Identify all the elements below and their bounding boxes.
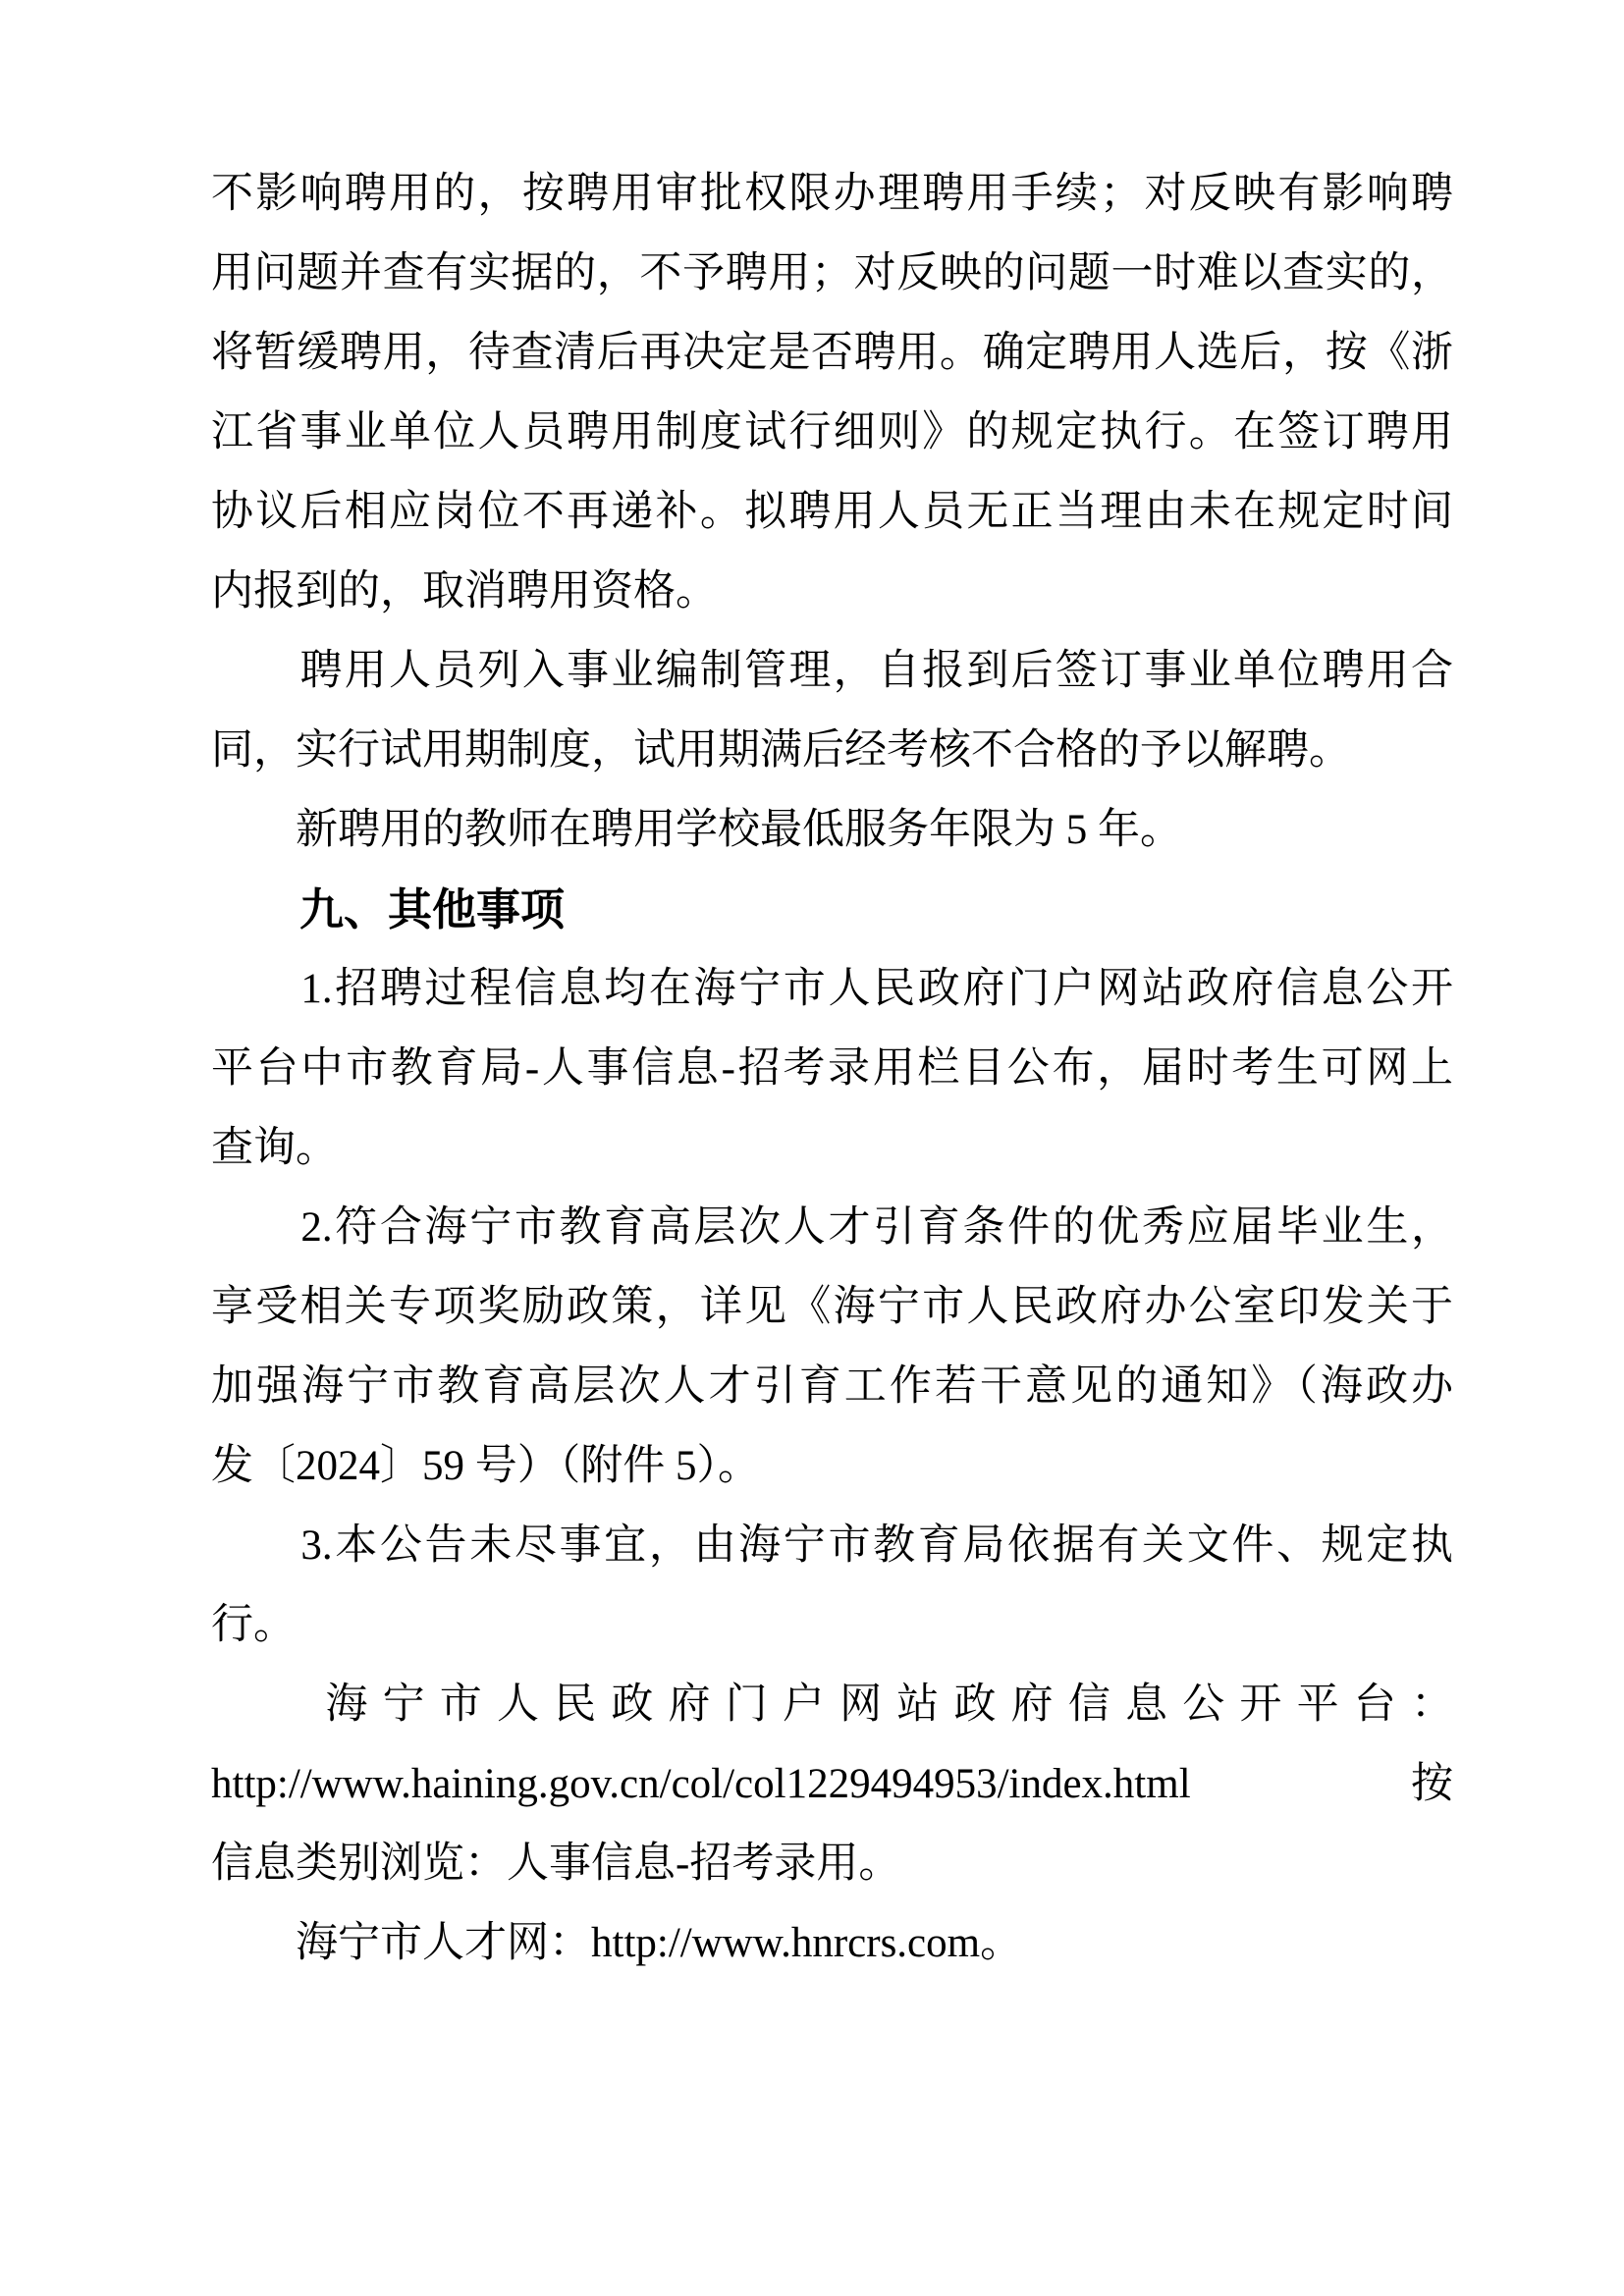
document-body: 不影响聘用的，按聘用审批权限办理聘用手续；对反映有影响聘用问题并查有实据的，不予… bbox=[211, 154, 1453, 1983]
text-line: 查询。 bbox=[211, 1108, 1453, 1188]
text-line: 行。 bbox=[211, 1585, 1453, 1665]
text-line: 发〔2024〕59 号）（附件 5）。 bbox=[211, 1426, 1453, 1506]
text-line: 海宁市人才网：http://www.hnrcrs.com。 bbox=[211, 1903, 1453, 1983]
document-page: 不影响聘用的，按聘用审批权限办理聘用手续；对反映有影响聘用问题并查有实据的，不予… bbox=[0, 0, 1624, 2296]
text-line: 同，实行试用期制度，试用期满后经考核不合格的予以解聘。 bbox=[211, 711, 1453, 790]
text-line: 不影响聘用的，按聘用审批权限办理聘用手续；对反映有影响聘 bbox=[211, 154, 1453, 234]
text-line: 1.招聘过程信息均在海宁市人民政府门户网站政府信息公开 bbox=[211, 949, 1453, 1029]
text-line: http://www.haining.gov.cn/col/col1229494… bbox=[211, 1744, 1453, 1824]
text-line: 协议后相应岗位不再递补。拟聘用人员无正当理由未在规定时间 bbox=[211, 472, 1453, 552]
text-line: 聘用人员列入事业编制管理，自报到后签订事业单位聘用合 bbox=[211, 631, 1453, 711]
text-line: 江省事业单位人员聘用制度试行细则》的规定执行。在签订聘用 bbox=[211, 393, 1453, 472]
text-line: 新聘用的教师在聘用学校最低服务年限为 5 年。 bbox=[211, 790, 1453, 870]
text-line: 3.本公告未尽事宜，由海宁市教育局依据有关文件、规定执 bbox=[211, 1506, 1453, 1585]
text-line: 海宁市人民政府门户网站政府信息公开平台： bbox=[211, 1665, 1453, 1744]
text-line: 用问题并查有实据的，不予聘用；对反映的问题一时难以查实的， bbox=[211, 234, 1453, 313]
text-line: 加强海宁市教育高层次人才引育工作若干意见的通知》（海政办 bbox=[211, 1347, 1453, 1426]
text-line: 信息类别浏览：人事信息-招考录用。 bbox=[211, 1824, 1453, 1903]
text-line: 2.符合海宁市教育高层次人才引育条件的优秀应届毕业生， bbox=[211, 1188, 1453, 1267]
text-line: 内报到的，取消聘用资格。 bbox=[211, 552, 1453, 631]
section-heading: 九、其他事项 bbox=[211, 870, 1453, 949]
text-line: 将暂缓聘用，待查清后再决定是否聘用。确定聘用人选后，按《浙 bbox=[211, 313, 1453, 393]
text-line: 享受相关专项奖励政策，详见《海宁市人民政府办公室印发关于 bbox=[211, 1267, 1453, 1347]
text-line: 平台中市教育局-人事信息-招考录用栏目公布，届时考生可网上 bbox=[211, 1029, 1453, 1108]
